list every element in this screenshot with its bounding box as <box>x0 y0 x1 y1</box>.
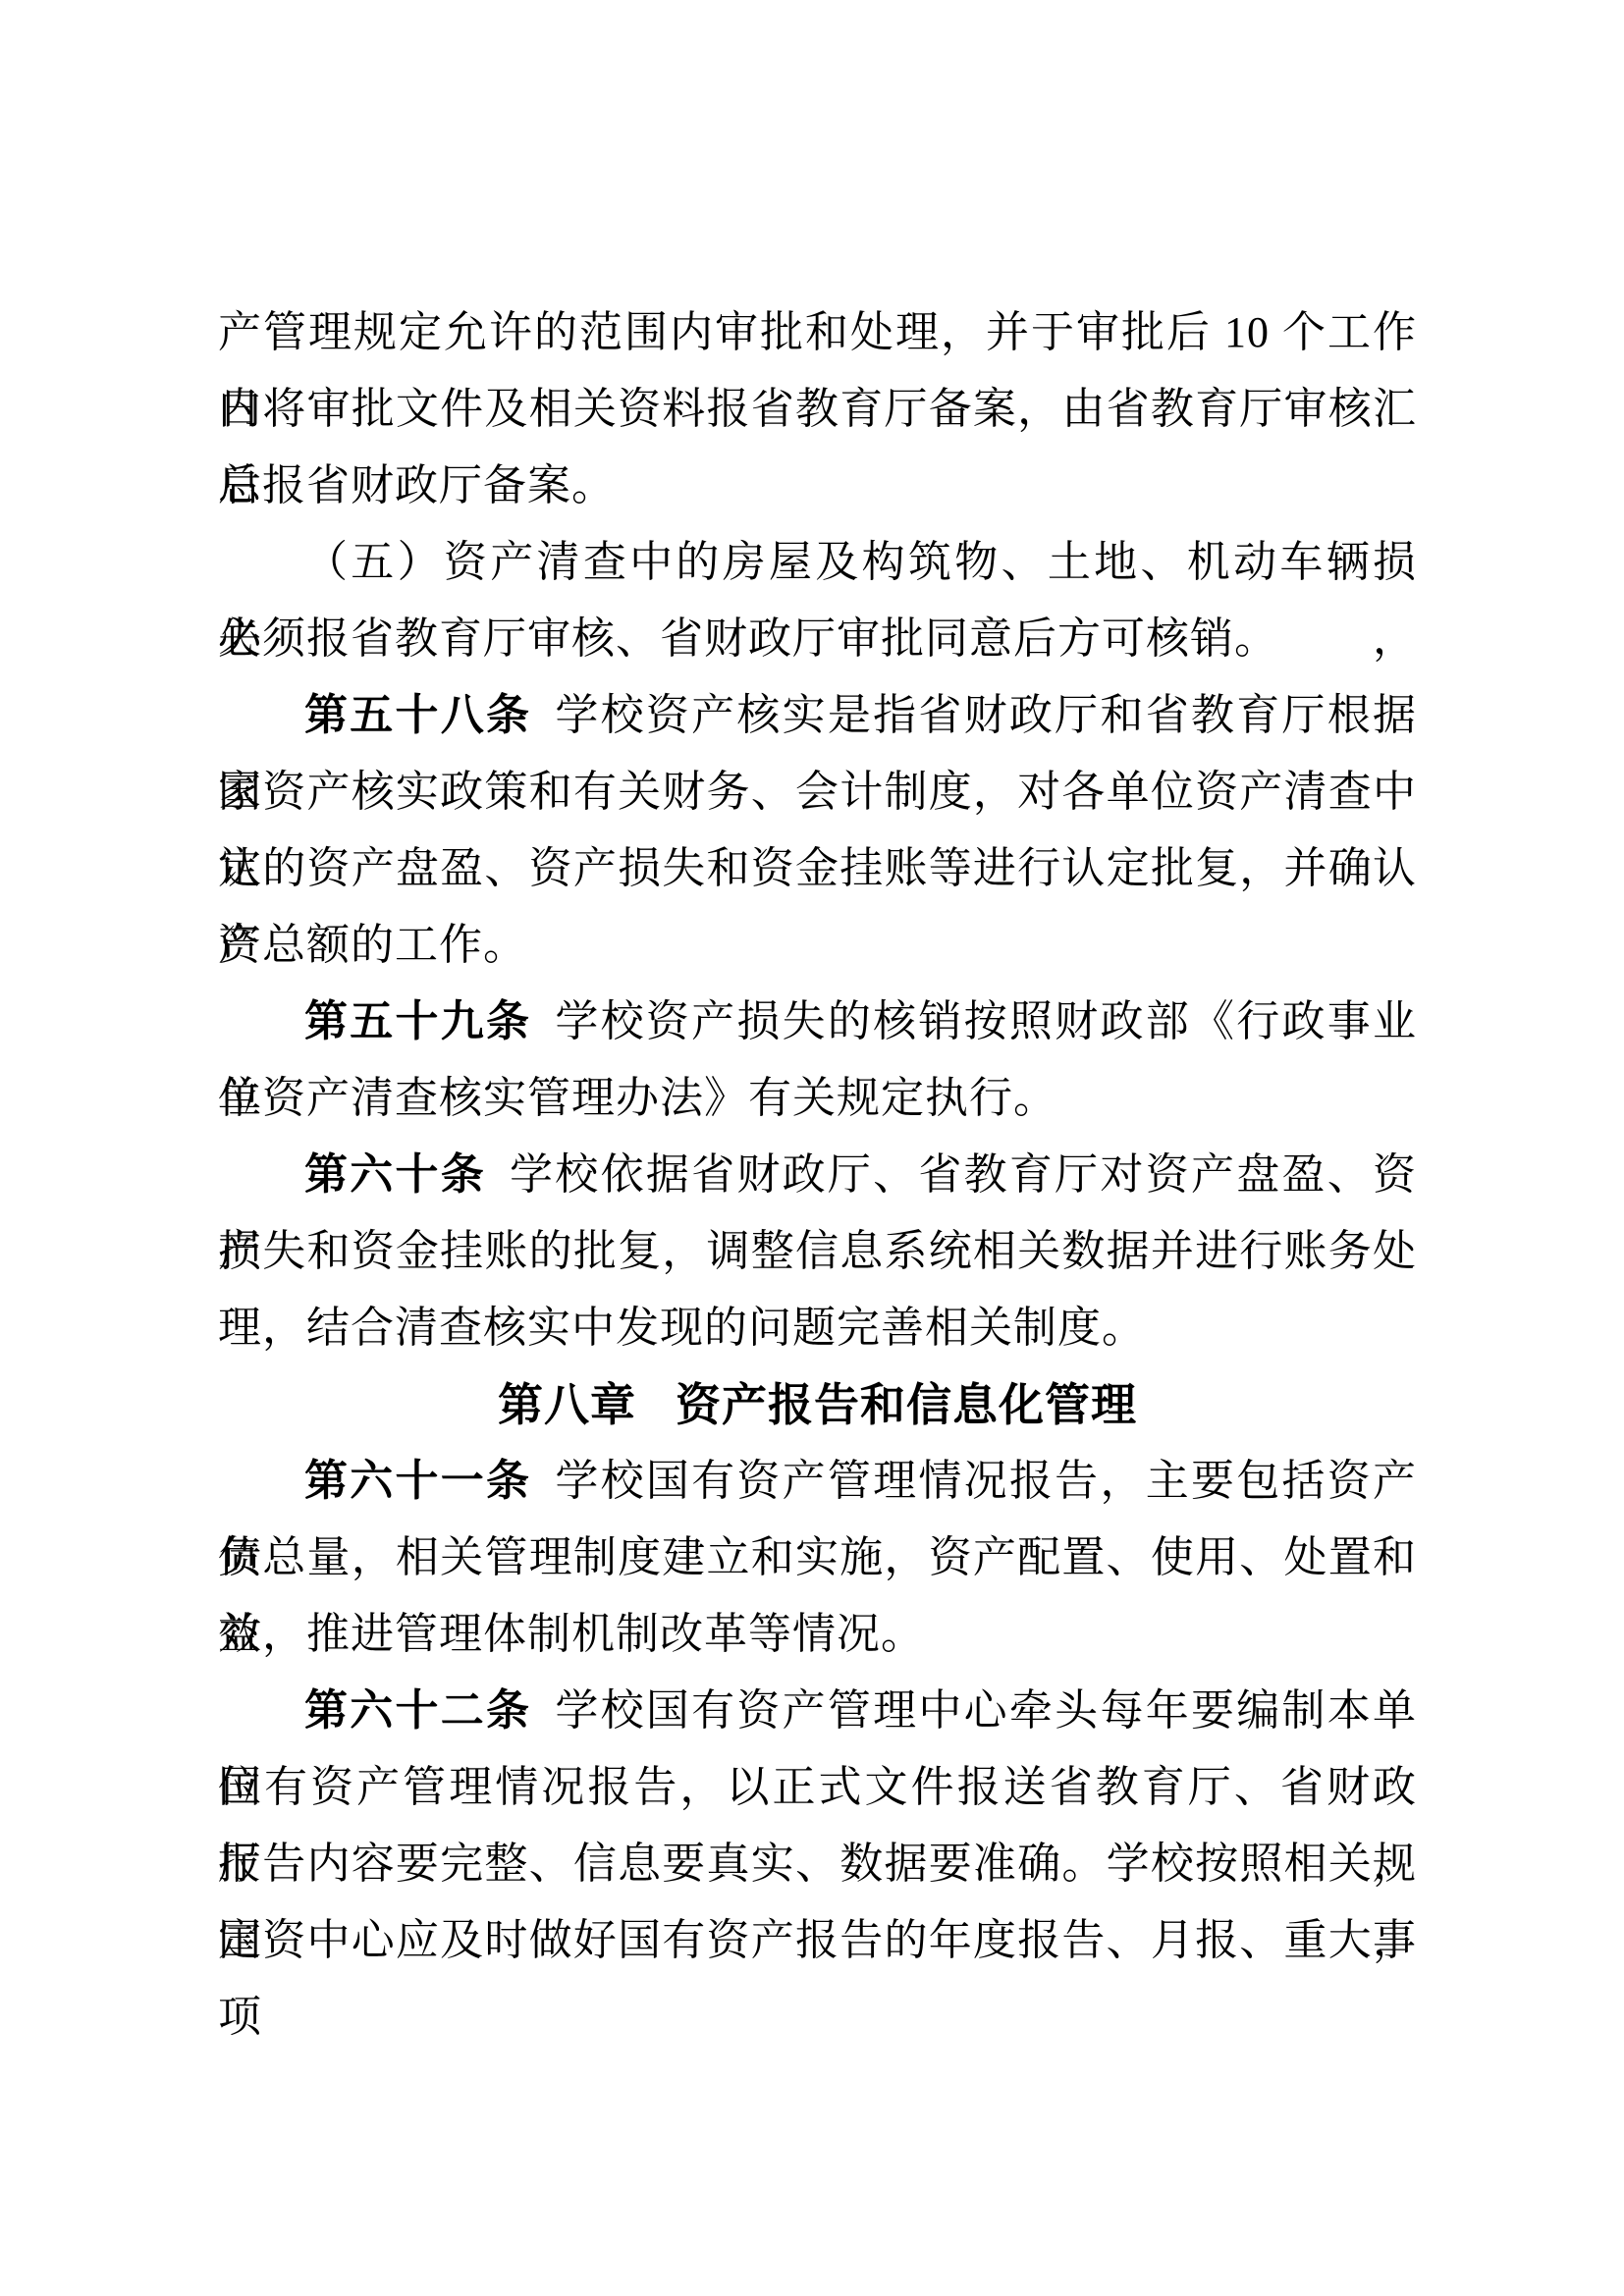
text-line: 必须报省教育厅审核、省财政厅审批同意后方可核销。 <box>218 601 1417 677</box>
article-number: 第六十条 <box>304 1150 486 1199</box>
text-line: 国资中心应及时做好国有资产报告的年度报告、月报、重大事项 <box>218 1902 1417 1979</box>
text-line: 第五十八条学校资产核实是指省财政厅和省教育厅根据国 <box>218 677 1417 754</box>
text-line: 后报省财政厅备案。 <box>218 448 1417 524</box>
text-line: 定的资产盘盈、资产损失和资金挂账等进行认定批复，并确认资 <box>218 830 1417 907</box>
chapter-number: 第八章 <box>498 1379 636 1430</box>
line-text: 国资中心应及时做好国有资产报告的年度报告、月报、重大事项 <box>218 1916 1417 2041</box>
line-text: 损失和资金挂账的批复，调整信息系统相关数据并进行账务处 <box>218 1227 1417 1275</box>
line-text: 位资产清查核实管理办法》有关规定执行。 <box>218 1074 1057 1122</box>
article-number: 第五十八条 <box>304 691 531 739</box>
text-line: 第六十条学校依据省财政厅、省教育厅对资产盘盈、资产 <box>218 1137 1417 1213</box>
text-line: 报告内容要完整、信息要真实、数据要准确。学校按照相关规定， <box>218 1826 1417 1902</box>
text-line: 内将审批文件及相关资料报省教育厅备案，由省教育厅审核汇总 <box>218 371 1417 448</box>
text-line: 理，结合清查核实中发现的问题完善相关制度。 <box>218 1290 1417 1366</box>
article-number: 第五十九条 <box>304 997 531 1045</box>
text-line: 国有资产管理情况报告，以正式文件报送省教育厅、省财政厅， <box>218 1749 1417 1826</box>
text-line: 债总量，相关管理制度建立和实施，资产配置、使用、处置和效 <box>218 1520 1417 1596</box>
chapter-heading: 第八章资产报告和信息化管理 <box>218 1366 1417 1443</box>
line-text: 理，结合清查核实中发现的问题完善相关制度。 <box>218 1304 1146 1352</box>
text-line: 产总额的工作。 <box>218 907 1417 984</box>
article-number: 第六十一条 <box>304 1457 531 1505</box>
line-text: 资产报告和信息化管理 <box>676 1379 1137 1430</box>
text-line: 家资产核实政策和有关财务、会计制度，对各单位资产清查中认 <box>218 754 1417 830</box>
text-line: 第六十一条学校国有资产管理情况报告，主要包括资产负 <box>218 1443 1417 1520</box>
line-text: 必须报省教育厅审核、省财政厅审批同意后方可核销。 <box>218 614 1278 663</box>
text-line: 第六十二条学校国有资产管理中心牵头每年要编制本单位 <box>218 1673 1417 1749</box>
article-number: 第六十二条 <box>304 1686 531 1735</box>
line-text: 产总额的工作。 <box>218 921 527 969</box>
line-text: 益，推进管理体制机制改革等情况。 <box>218 1610 925 1658</box>
text-line: 益，推进管理体制机制改革等情况。 <box>218 1596 1417 1673</box>
text-line: 产管理规定允许的范围内审批和处理，并于审批后 10 个工作日 <box>218 294 1417 371</box>
text-line: 损失和资金挂账的批复，调整信息系统相关数据并进行账务处 <box>218 1213 1417 1290</box>
text-line: 第五十九条学校资产损失的核销按照财政部《行政事业单 <box>218 984 1417 1060</box>
line-text: 后报省财政厅备案。 <box>218 461 616 509</box>
text-line: （五）资产清查中的房屋及构筑物、土地、机动车辆损失， <box>218 524 1417 601</box>
document-page: 产管理规定允许的范围内审批和处理，并于审批后 10 个工作日内将审批文件及相关资… <box>0 0 1624 2296</box>
text-line: 位资产清查核实管理办法》有关规定执行。 <box>218 1060 1417 1137</box>
text-block: 产管理规定允许的范围内审批和处理，并于审批后 10 个工作日内将审批文件及相关资… <box>218 294 1417 1979</box>
